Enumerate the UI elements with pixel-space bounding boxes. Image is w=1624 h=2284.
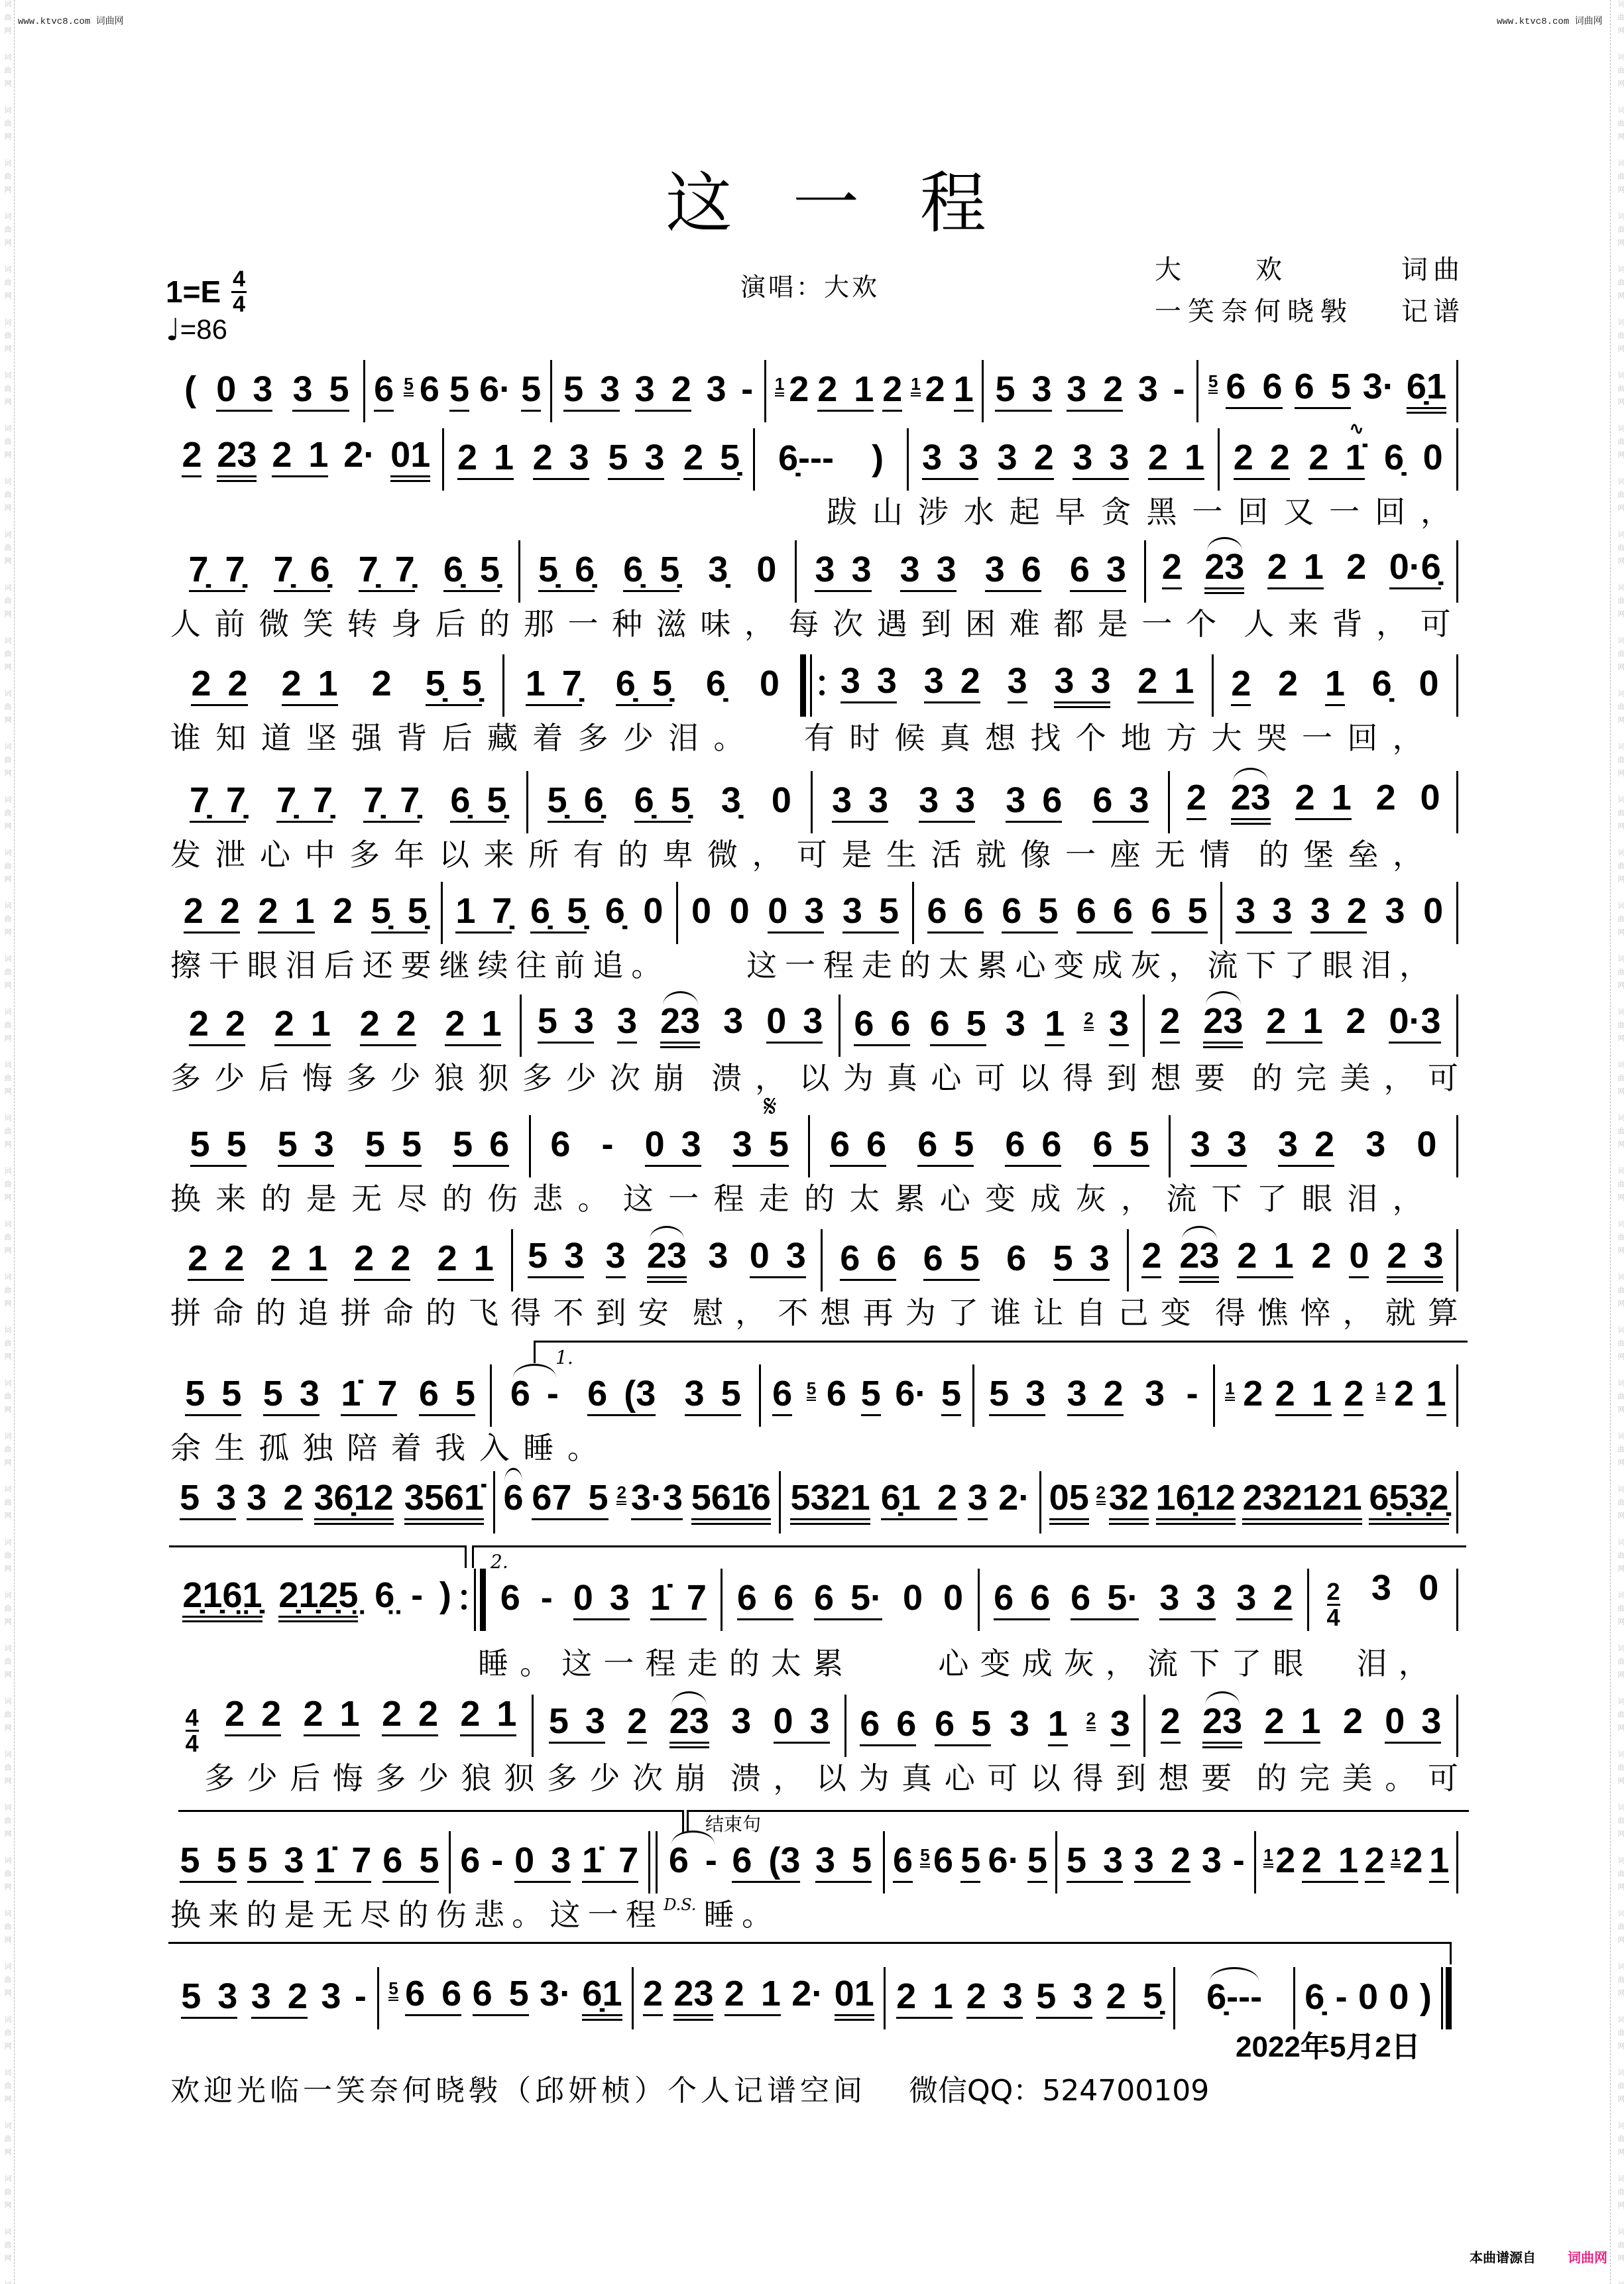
measure: 6-0 31̇ 7 bbox=[451, 1842, 648, 1883]
barline bbox=[1456, 540, 1458, 603]
note-group: 1̇ 7 bbox=[315, 1842, 371, 1883]
note-group: 2 3 bbox=[533, 440, 589, 480]
lyric-char: 多 bbox=[522, 1059, 552, 1097]
note-group: 2̣1̣2̣5̤ bbox=[278, 1577, 358, 1622]
lyrics-line: 多少后悔多少狼狈多少次崩 溃，以为真心可以得到想要 的完美。可 bbox=[204, 1759, 1458, 1797]
note-group: 2 1 bbox=[445, 1006, 501, 1046]
lyric-char: 次 bbox=[632, 1759, 663, 1797]
lyric-char: 回 bbox=[1375, 493, 1405, 531]
lyric-char: 狼 bbox=[434, 1059, 465, 1097]
lyric-char: 一 bbox=[567, 605, 598, 643]
lyric-char: 完 bbox=[1299, 1759, 1330, 1797]
lyric-char: 泄 bbox=[215, 835, 246, 874]
lyric-char: 往 bbox=[516, 946, 546, 985]
lyrics-line: 擦干眼泪后还要继续往前追。 这一程走的太累心变成灰，流下了眼泪， bbox=[170, 946, 1430, 985]
barline bbox=[442, 428, 444, 491]
lyric-char: 溃 bbox=[711, 1059, 742, 1097]
lyrics-line: 人前微笑转身后的那一种滋味，每次遇到困难都是一个 人来背，可 bbox=[170, 605, 1451, 643]
note-group: 3 bbox=[1109, 1006, 1129, 1046]
lyric-char: 每 bbox=[789, 605, 819, 643]
lyric-char: 无 bbox=[1155, 835, 1185, 874]
grace-note: 1 bbox=[1391, 1846, 1400, 1868]
lyric-char: ， bbox=[773, 1759, 803, 1797]
note-group: 5 3 bbox=[1053, 1240, 1110, 1281]
barline bbox=[1212, 654, 1214, 717]
note-group: 2 1 bbox=[1295, 780, 1352, 820]
lyric-char: 。 bbox=[713, 719, 744, 757]
note-group: 2 bbox=[1346, 1003, 1365, 1042]
notation-line: 5 55 35 55 66-0 33 56 66 56 66 53 33 230 bbox=[170, 1113, 1458, 1179]
lyric-char: 可 bbox=[1428, 1059, 1458, 1097]
composer-name: 大 欢 bbox=[1155, 257, 1306, 283]
note-group: 0·6̣ bbox=[1389, 549, 1441, 589]
measure: 2 12 35 32 5̣ bbox=[444, 440, 754, 480]
note-group: 2 bbox=[1231, 666, 1251, 706]
measure: 6 66 53123 bbox=[846, 1706, 1143, 1746]
score-system: 2 22 125̣ 5̣1 7̣6̣ 5̣6̣03 33 233 32 1221… bbox=[170, 652, 1458, 719]
note-group: 6· bbox=[988, 1842, 1020, 1881]
lyric-char: 独 bbox=[303, 1429, 333, 1467]
barline bbox=[526, 771, 528, 833]
measure: 6̣---) bbox=[755, 440, 906, 479]
lyric-char: 走 bbox=[759, 1179, 789, 1218]
note-group: 5 3 bbox=[538, 1003, 594, 1044]
lyric-char: 一 bbox=[1141, 605, 1172, 643]
note-group: 3 2 bbox=[998, 440, 1054, 480]
lyric-char: 候 bbox=[895, 719, 925, 757]
lyric-char: 这 bbox=[561, 1644, 592, 1683]
grace-note: 5 bbox=[807, 1380, 816, 1401]
note-group: 3 3 bbox=[815, 552, 871, 592]
barline bbox=[1456, 1115, 1458, 1177]
note-group: 6 6 bbox=[1076, 893, 1133, 933]
lyric-char: 一 bbox=[1302, 719, 1332, 757]
note-group: 5 3 bbox=[995, 371, 1051, 412]
lyrics-line: 拼命的追拼命的飞得不到安 慰，不想再为了谁让自己变 得憔悴，就算 bbox=[170, 1293, 1458, 1332]
lyric-char: 走 bbox=[687, 1644, 718, 1683]
measure: 5 33 23- bbox=[984, 371, 1196, 412]
note-group: 1̇ 7 bbox=[650, 1580, 707, 1620]
note-group: 3 3 bbox=[900, 552, 957, 592]
lyric-char: 陪 bbox=[347, 1429, 377, 1467]
lyric-char: 转 bbox=[347, 605, 377, 643]
lyric-char: 少 bbox=[247, 1759, 278, 1797]
note-group: 6 6 bbox=[737, 1580, 793, 1620]
measure: 6 66 5·3 33 2 bbox=[980, 1580, 1307, 1620]
lyric-char: 还 bbox=[363, 946, 393, 985]
lyric-char: 我 bbox=[435, 1429, 465, 1467]
note-group: 561̇6 bbox=[691, 1480, 771, 1525]
note-group: 6 6 bbox=[840, 1240, 896, 1281]
note-group: 6 6 bbox=[1005, 1126, 1061, 1167]
note-group: 0 bbox=[1423, 893, 1443, 932]
lyric-char: 不 bbox=[553, 1293, 583, 1332]
lyric-char: 藏 bbox=[487, 719, 518, 757]
note-group: 2 1 bbox=[817, 371, 874, 412]
lyric-char: 。 bbox=[1385, 1759, 1415, 1797]
note-group: 0 3 bbox=[750, 1238, 806, 1278]
lyric-char: 不 bbox=[778, 1293, 808, 1332]
lyric-char: 道 bbox=[261, 719, 292, 757]
notation-line: 7̣ 7̣7̣ 6̣7̣ 7̣6̣ 5̣5̣ 6̣6̣ 5̣3̣03 33 33… bbox=[170, 538, 1458, 605]
lyric-char: 人 bbox=[1244, 605, 1274, 643]
barline bbox=[529, 1115, 531, 1177]
lyric-char: 个 bbox=[1076, 719, 1106, 757]
score-system: 2̣1̣6̤1̣2̣1̣2̣5̤6̤-)6-0 31̇ 76 66 5·006 … bbox=[170, 1567, 1458, 1633]
lyric-char: 下 bbox=[1246, 946, 1276, 985]
lyric-char: 多 bbox=[346, 1059, 377, 1097]
lyric-char: 累 bbox=[895, 1179, 925, 1218]
note-group: 5 bbox=[1027, 1842, 1047, 1883]
lyric-char: 再 bbox=[863, 1293, 894, 1332]
extension-dash: - bbox=[1187, 1376, 1198, 1414]
grace-note: 1 bbox=[775, 375, 784, 396]
lyric-char: 的 bbox=[1259, 835, 1289, 874]
note-group: 3 bbox=[968, 1480, 988, 1520]
notation-line: 7̣ 7̣7̣ 7̣7̣ 7̣6̣ 5̣5̣ 6̣6̣ 5̣3̣03 33 33… bbox=[170, 769, 1458, 835]
lyric-char: 的 bbox=[261, 1179, 292, 1218]
note-group: 3·3 bbox=[631, 1480, 683, 1520]
note-group: 2 1 bbox=[1237, 1238, 1293, 1278]
score-system: 5 55 31̇ 76 56-0 31̇ 76 -6 (33 565656·55… bbox=[170, 1829, 1458, 1895]
barline bbox=[1456, 1364, 1458, 1427]
measure: 6 66 53123 bbox=[841, 1006, 1143, 1046]
lyric-char: 背 bbox=[396, 719, 427, 757]
note-group: 3 bbox=[1008, 663, 1027, 703]
sheet-music-page: 词曲网 词曲网 词曲网 词曲网 词曲网 词曲网 词曲网 词曲网 词曲网 词曲网 … bbox=[0, 0, 1624, 2284]
measure: 5 322330 3 bbox=[534, 1703, 844, 1748]
note-group: 2 bbox=[182, 437, 202, 477]
note-group: 2 2 bbox=[184, 893, 240, 933]
lyric-char: 的 bbox=[442, 1179, 473, 1218]
lyric-char: 贪 bbox=[1101, 493, 1131, 531]
note-group: 3 2 bbox=[1278, 1126, 1334, 1167]
note-group: 3 bbox=[731, 1703, 751, 1742]
lyric-char: 算 bbox=[1428, 1293, 1458, 1332]
note-group: 3 3 bbox=[1159, 1580, 1216, 1620]
note-group: 6 bbox=[374, 371, 394, 412]
lyric-char: 情 bbox=[1200, 835, 1230, 874]
note-group: 6̣ 5̣ bbox=[634, 782, 691, 823]
note-group: 3̣ bbox=[708, 552, 728, 590]
time-signature: 44 bbox=[186, 1706, 199, 1756]
lyric-char: 垒 bbox=[1348, 835, 1379, 874]
note-group: 2 bbox=[1243, 1376, 1263, 1414]
barline bbox=[1218, 428, 1220, 491]
lyric-char: 飞 bbox=[468, 1293, 498, 1332]
note-group: 6 3 bbox=[1092, 782, 1149, 823]
parenthesis: ) bbox=[872, 440, 884, 479]
lyric-char: 下 bbox=[1189, 1644, 1220, 1683]
measure: 2232 120·6̣ bbox=[1146, 549, 1456, 594]
volta-2-label: 2. bbox=[491, 1553, 508, 1571]
lyric-char: 为 bbox=[859, 1759, 890, 1797]
measure: 5 55 35 55 6 bbox=[170, 1126, 529, 1167]
lyric-char: 多 bbox=[375, 1759, 406, 1797]
barline bbox=[532, 1695, 534, 1757]
lyric-char: 难 bbox=[1010, 605, 1040, 643]
note-group: 2 2 bbox=[191, 666, 247, 706]
lyric-char: 以 bbox=[1019, 1059, 1049, 1097]
note-group: 2 bbox=[1187, 780, 1206, 820]
lyric-char: 为 bbox=[905, 1293, 936, 1332]
measure: 2232 12·01 bbox=[634, 1976, 884, 2021]
lyric-char: 时 bbox=[849, 719, 880, 757]
note-group: 1 bbox=[1048, 1706, 1068, 1746]
note-group: 5 6 bbox=[453, 1126, 509, 1167]
note-group: 3 2 bbox=[1067, 371, 1123, 412]
measure: 2 22 125̣ 5̣ bbox=[170, 666, 502, 706]
lyric-char: 心 bbox=[1015, 946, 1046, 985]
lyric-char: 可 bbox=[975, 1059, 1006, 1097]
lyric-char: ， bbox=[1399, 1644, 1429, 1683]
note-group: 5 3 bbox=[549, 1703, 605, 1744]
measure: 667 523·3561̇6 bbox=[495, 1480, 779, 1525]
lyric-char: 心 bbox=[260, 835, 290, 874]
measure: 3 33 233 32 1 bbox=[823, 663, 1211, 708]
extension-dash: - bbox=[1173, 371, 1185, 410]
note-group: 1 bbox=[1429, 1842, 1449, 1883]
measure: 6 -6 (33 5 bbox=[492, 1376, 759, 1416]
note-group: 5321 bbox=[790, 1480, 870, 1525]
lyric-char: 命 bbox=[383, 1293, 414, 1332]
barline bbox=[363, 360, 365, 422]
note-group: 3 2 bbox=[1067, 1376, 1124, 1416]
note-group: 0 bbox=[643, 893, 663, 932]
lyric-char: 多 bbox=[547, 1759, 577, 1797]
site-watermark-right: www.ktvc8.com 词曲网 bbox=[1497, 17, 1603, 27]
lyric-char: 方 bbox=[1166, 719, 1196, 757]
lyric-char: 变 bbox=[1161, 1293, 1191, 1332]
measure: 5 33 23- bbox=[170, 1978, 377, 2019]
note-group: 2 bbox=[643, 1976, 663, 2016]
lyric-char: 大 bbox=[1211, 719, 1242, 757]
lyric-char: 睡 bbox=[478, 1644, 508, 1683]
note-group: 2 2 bbox=[360, 1006, 416, 1046]
lyric-char: 得 bbox=[510, 1293, 541, 1332]
score-system: 2 22 125̣ 5̣1 7̣6̣ 5̣6̣0000 33 56 66 56 … bbox=[170, 880, 1458, 946]
note-group: 16̣12 bbox=[1156, 1480, 1236, 1525]
notation-line: 2 22 125̣ 5̣1 7̣6̣ 5̣6̣0000 33 56 66 56 … bbox=[170, 880, 1458, 946]
barline bbox=[912, 882, 914, 944]
measure: 2 22 12 22 1 bbox=[170, 1240, 511, 1281]
lyric-char: 这 bbox=[550, 1895, 581, 1934]
score-system: 442 22 12 22 15 322330 36 66 531232232 1… bbox=[170, 1693, 1458, 1759]
note-group: 0 bbox=[760, 666, 780, 704]
lyric-char: 早 bbox=[1055, 493, 1086, 531]
lyric-char: 以 bbox=[816, 1759, 846, 1797]
note-group: 2 1 bbox=[1148, 440, 1204, 480]
lyrics-line: 发泄心中多年以来所有的卑微，可是生活就像一座无情 的堡垒， bbox=[170, 835, 1423, 874]
lyric-char: 。 bbox=[512, 1895, 542, 1934]
time-signature: 24 bbox=[1327, 1580, 1340, 1630]
grace-note: 2 bbox=[1086, 1710, 1096, 1731]
note-group: 6 5 bbox=[1151, 893, 1208, 933]
note-group: 3 3 bbox=[841, 663, 897, 703]
lyric-char: 后 bbox=[290, 1759, 320, 1797]
note-group: 1 7̣ bbox=[455, 893, 512, 933]
lyric-char: 多 bbox=[349, 835, 380, 874]
lyric-char: 成 bbox=[1030, 1179, 1061, 1218]
transcription-date: 2022年5月2日 bbox=[1236, 2033, 1421, 2062]
notation-line: 2232 12·012 12 35 32 5̣6̣---)3 33 23 32 … bbox=[170, 426, 1458, 493]
measure: 5 33 236̣123561̇ bbox=[170, 1480, 493, 1525]
extension-dash: - bbox=[1233, 1842, 1245, 1881]
lyric-char: 真 bbox=[940, 719, 970, 757]
note-group: 2 1 bbox=[274, 1006, 331, 1046]
note-group: 1̇ 7 bbox=[341, 1376, 397, 1416]
lyric-char: 可 bbox=[1421, 605, 1451, 643]
note-group: 5 3 bbox=[278, 1126, 334, 1167]
lyric-char: 微 bbox=[707, 835, 738, 874]
lyric-char: 来 bbox=[1288, 605, 1318, 643]
lyric-char: 一 bbox=[1329, 493, 1360, 531]
segno-icon: 𝄋 bbox=[764, 1091, 777, 1121]
lyric-char: 是 bbox=[1098, 605, 1128, 643]
lyric-char: 的 bbox=[900, 946, 931, 985]
note-group: 6 bbox=[550, 1126, 570, 1165]
score-system: 5 33 23-56 66 53·6̣12232 12·012 12 35 32… bbox=[170, 1965, 1452, 2031]
note-group: 2 bbox=[1343, 1703, 1363, 1742]
lyric-char: 涉 bbox=[918, 493, 949, 531]
note-group: 2 bbox=[1376, 780, 1396, 818]
barline bbox=[972, 1364, 974, 1427]
measure: 122 12121 bbox=[1215, 1376, 1456, 1416]
note-group: 2 1 bbox=[304, 1696, 360, 1736]
lyric-char: 睡 bbox=[704, 1895, 734, 1934]
note-group: 3 2 bbox=[635, 371, 691, 412]
lyric-char: ， bbox=[1384, 1059, 1415, 1097]
note-group: 0 bbox=[903, 1580, 923, 1618]
lyric-char: 想 bbox=[985, 719, 1015, 757]
measure: 5 55 31̇ 76 5 bbox=[170, 1842, 449, 1883]
note-group: 3 5 bbox=[732, 1126, 789, 1167]
lyrics-line: 多少后悔多少狼狈多少次崩 溃，以为真心可以得到想要 的完美，可 bbox=[170, 1059, 1458, 1097]
lyric-char: 到 bbox=[1116, 1759, 1146, 1797]
lyric-char: ， bbox=[1169, 946, 1199, 985]
lyric-char: 种 bbox=[612, 605, 642, 643]
grace-note: 1 bbox=[1263, 1846, 1273, 1868]
note-group: 3 bbox=[606, 1238, 626, 1278]
lyric-char: 身 bbox=[391, 605, 422, 643]
note-group: 5 3 bbox=[1036, 1978, 1092, 2019]
note-group: 3 6 bbox=[1006, 782, 1062, 823]
note-group: 2 1 bbox=[437, 1240, 494, 1281]
note-group: 5 3 bbox=[181, 1978, 237, 2019]
grace-note: 2 bbox=[1084, 1010, 1093, 1031]
note-group: 0 bbox=[691, 893, 711, 932]
note-group: 36̣12 bbox=[314, 1480, 394, 1525]
note-group: 0 bbox=[943, 1580, 963, 1618]
measure: 442 22 12 22 1 bbox=[170, 1696, 532, 1756]
lyric-char: 太 bbox=[771, 1644, 801, 1683]
lyric-char: 换 bbox=[170, 1895, 201, 1934]
barline bbox=[759, 1364, 761, 1427]
lyric-char bbox=[708, 946, 738, 985]
lyric-char: 生 bbox=[215, 1429, 245, 1467]
barline bbox=[490, 1364, 492, 1427]
note-group: 6̣ 5̣ bbox=[450, 782, 506, 823]
margin-guide-right bbox=[1610, 0, 1611, 2284]
composer-credit: 大 欢 词曲 bbox=[1155, 257, 1460, 283]
lyric-char: 回 bbox=[1347, 719, 1377, 757]
note-group: 67 5 bbox=[532, 1480, 608, 1520]
lyric-char: 来 bbox=[215, 1179, 246, 1218]
lyric-char: 追 bbox=[298, 1293, 328, 1332]
note-group: 23 bbox=[1204, 549, 1244, 594]
note-group: 5 3 bbox=[1067, 1842, 1123, 1883]
note-group: 3 bbox=[1010, 1706, 1029, 1744]
lyric-char: 又 bbox=[1283, 493, 1314, 531]
lyric-char: 后 bbox=[442, 719, 473, 757]
note-group: 2 5̣ bbox=[1106, 1978, 1163, 2019]
lyric-char: 座 bbox=[1110, 835, 1141, 874]
footer-contact: 微信QQ：524700109 bbox=[909, 2076, 1209, 2106]
note-group: 2 1 bbox=[282, 666, 338, 706]
lyric-char: 伤 bbox=[487, 1179, 518, 1218]
lyric-char: ， bbox=[1393, 835, 1423, 874]
measure: 56 66 53·6̣1 bbox=[379, 1976, 632, 2021]
note-group: 6 5 bbox=[1295, 369, 1351, 409]
note-group: 0 3 bbox=[573, 1580, 630, 1620]
lyric-char: 眼 bbox=[1273, 1644, 1303, 1683]
note-group: 32 bbox=[1109, 1480, 1149, 1525]
lyric-char: 的 bbox=[618, 835, 648, 874]
lyric-char: 成 bbox=[1022, 1644, 1053, 1683]
note-group: 6 (3 bbox=[732, 1842, 800, 1883]
note-group: 2 5̣ bbox=[683, 440, 740, 480]
note-group: 2 bbox=[925, 371, 945, 410]
note-group: 3 bbox=[723, 1003, 743, 1042]
lyric-char: 美 bbox=[1342, 1759, 1373, 1797]
lyric-char: ， bbox=[735, 1293, 766, 1332]
lyric-char: 这 bbox=[746, 946, 777, 985]
barline bbox=[1456, 1831, 1458, 1893]
note-group: 6 5 bbox=[923, 1240, 980, 1281]
barline bbox=[632, 1967, 634, 2029]
lyrics-line: 换来的是无尽的伤悲。这一程D.S.睡。 bbox=[170, 1895, 772, 1934]
barline bbox=[502, 654, 504, 717]
transcriber-name: 一笑奈何晓斅 bbox=[1155, 298, 1354, 325]
barline bbox=[1456, 882, 1458, 944]
measure: 5 55 31̇ 76 5 bbox=[170, 1376, 490, 1416]
note-group: 7̣ 7̣ bbox=[189, 552, 245, 592]
key-label: 1=E bbox=[166, 276, 221, 307]
note-group: 6 5 bbox=[1093, 1126, 1149, 1167]
lyric-char: ， bbox=[744, 605, 775, 643]
lyric-char: ， bbox=[1421, 493, 1451, 531]
note-group: 6̣1 bbox=[582, 1976, 622, 2021]
lyric-char: 心 bbox=[940, 1179, 970, 1218]
barline bbox=[795, 540, 797, 603]
lyric-char: 少 bbox=[418, 1759, 449, 1797]
margin-guide-left bbox=[14, 0, 15, 2284]
note-group: 0 bbox=[1423, 440, 1443, 478]
note-group: 3 2 bbox=[247, 1480, 303, 1520]
time-signature-denominator: 4 bbox=[186, 1732, 199, 1756]
barline bbox=[1127, 1229, 1129, 1292]
measure: (0 33 5 bbox=[170, 371, 363, 412]
lyric-char: ， bbox=[1393, 1179, 1423, 1218]
lyric-char: 黑 bbox=[1146, 493, 1177, 531]
note-group: 6̣ bbox=[706, 666, 726, 704]
lyric-char: 着 bbox=[391, 1429, 422, 1467]
lyric-char: 真 bbox=[901, 1759, 932, 1797]
grace-note: 2 bbox=[616, 1484, 626, 1505]
note-group: 0·3 bbox=[1389, 1003, 1440, 1044]
lyric-char: 了 bbox=[948, 1293, 978, 1332]
measure: 65656·5 bbox=[761, 1376, 972, 1416]
